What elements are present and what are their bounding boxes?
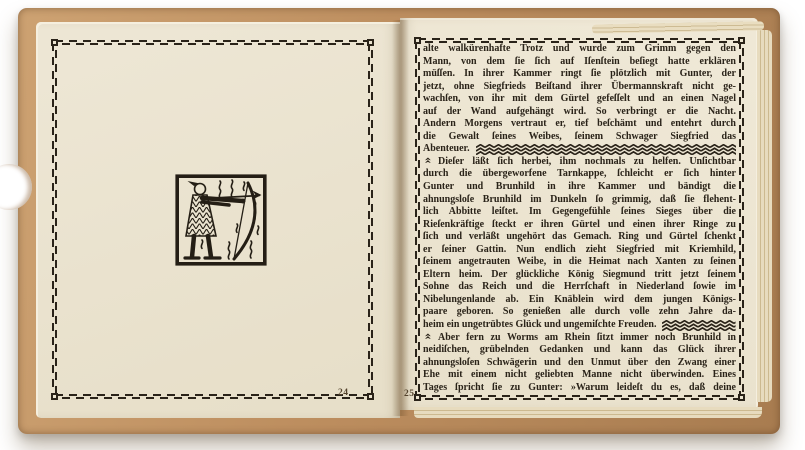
text-line-content: Andern Morgens vertraut er, tief beſchäm… — [423, 118, 736, 131]
text-line: Ehe mit einem nicht geliebten Manne nich… — [423, 369, 736, 382]
text-line: lich Abbitte leiſtet. Im Gegengefühle ſe… — [423, 206, 736, 219]
border-dashes — [55, 40, 370, 45]
text-line: Rieſenkräftige ſteckt er ihren Gürtel un… — [423, 219, 736, 232]
text-line: wachſen, von ihr mit dem Gürtel gefeſſel… — [423, 93, 736, 106]
text-line: die Gewalt ſeines Weibes, ſeinem Schwage… — [423, 131, 736, 144]
archer-icon — [175, 174, 267, 266]
border-dashes — [368, 43, 373, 396]
text-line-content: Tages ſpricht ſie zu Gunter: »Warum leid… — [423, 382, 736, 395]
text-line: «Dieſer läßt ſich herbei, ihm nochmals z… — [423, 156, 736, 169]
border-corner — [367, 393, 374, 400]
text-line-content: ſeinem angetrauten Weibe, in die Heimat … — [423, 256, 736, 269]
archer-woodcut-illustration — [175, 174, 267, 266]
text-line-content: er ſeiner Gattin. Nun endlich zieht Sieg… — [423, 244, 736, 257]
text-block: alte walkürenhafte Trotz und wurde zum G… — [423, 43, 736, 395]
text-line-content: Gunter und Brunhild in ihre Kammer und b… — [423, 181, 736, 194]
text-line-content: ahnungsloſe Brunhild im Dunkeln ſo grimm… — [423, 194, 736, 207]
text-line-content: die Gewalt ſeines Weibes, ſeinem Schwage… — [423, 131, 736, 144]
border-dashes — [415, 41, 420, 397]
border-dashes — [739, 41, 744, 397]
border-corner — [51, 393, 58, 400]
text-line: Gunter und Brunhild in ihre Kammer und b… — [423, 181, 736, 194]
text-line-content: lich Abbitte leiſtet. Im Gegengefühle ſe… — [423, 206, 736, 219]
text-line-content: müſſen. In ihrer Kammer ringt ſie plötzl… — [423, 68, 736, 81]
border-corner — [414, 394, 421, 401]
text-line: alte walkürenhafte Trotz und wurde zum G… — [423, 43, 736, 56]
text-line-content: Sohne das Reich und die Herrſchaft in Ni… — [423, 281, 736, 294]
book-photo: alte walkürenhafte Trotz und wurde zum G… — [0, 0, 805, 450]
text-line: ſeinem angetrauten Weibe, in die Heimat … — [423, 256, 736, 269]
border-corner — [51, 39, 58, 46]
text-line-content: auf der Wand aufgehängt wird. So verbrin… — [423, 106, 736, 119]
zigzag-filler-ornament — [662, 320, 736, 331]
page-stack-bottom-edge — [414, 407, 762, 418]
text-line: Sohne das Reich und die Herrſchaft in Ni… — [423, 281, 736, 294]
book-gutter — [392, 20, 409, 416]
text-line: Tages ſpricht ſie zu Gunter: »Warum leid… — [423, 382, 736, 395]
border-corner — [367, 39, 374, 46]
text-line-content: Rieſenkräftige ſteckt er ihren Gürtel un… — [423, 219, 736, 232]
text-line: ahnungsloſen Schwägerin und den Unmut üb… — [423, 357, 736, 370]
page-number-right: 25 — [404, 389, 415, 399]
border-dashes — [418, 395, 741, 400]
zigzag-filler-ornament — [476, 144, 736, 155]
text-line-content: heim ein ungetrübtes Glück und ungemiſch… — [423, 319, 656, 332]
text-line-content: jetzt, ohne Siegfrieds Beiſtand ihrer Üb… — [423, 81, 736, 94]
text-line-content: durch die übergeworfene Tarnkappe, ſchle… — [423, 168, 736, 181]
text-line: neidiſchen, grübelnden Gedanken und kann… — [423, 344, 736, 357]
right-page-border: alte walkürenhafte Trotz und wurde zum G… — [415, 38, 744, 400]
text-line: heim ein ungetrübtes Glück und ungemiſch… — [423, 319, 736, 332]
text-line-content: neidiſchen, grübelnden Gedanken und kann… — [423, 344, 736, 357]
text-line-content: Abenteuer. — [423, 143, 470, 156]
paragraph-marker: « — [423, 333, 435, 345]
text-line-content: Nibelungenlande ab. Ein Knäblein wird de… — [423, 294, 736, 307]
text-line-content: paare geboren. So genießen alle durch vo… — [423, 306, 736, 319]
text-line-content: wachſen, von ihr mit dem Gürtel gefeſſel… — [423, 93, 736, 106]
border-corner — [738, 394, 745, 401]
border-corner — [738, 37, 745, 44]
text-line: ſich und verläßt ungehört das Gemach. Ri… — [423, 231, 736, 244]
text-line: Andern Morgens vertraut er, tief beſchäm… — [423, 118, 736, 131]
text-line: Mann, von dem ſie ſich auf Iſenſtein beſ… — [423, 56, 736, 69]
page-number-left: 24 — [338, 388, 349, 398]
text-line: ahnungsloſe Brunhild im Dunkeln ſo grimm… — [423, 194, 736, 207]
text-line-content: Dieſer läßt ſich herbei, ihm nochmals zu… — [438, 156, 736, 169]
border-dashes — [52, 43, 57, 396]
text-line-content: Ehe mit einem nicht geliebten Manne nich… — [423, 369, 736, 382]
text-line: Abenteuer. — [423, 143, 736, 156]
text-line: er ſeiner Gattin. Nun endlich zieht Sieg… — [423, 244, 736, 257]
text-line-content: Eltern heim. Der glückliche König Siegmu… — [423, 269, 736, 282]
text-line-content: ſich und verläßt ungehört das Gemach. Ri… — [423, 231, 736, 244]
border-dashes — [55, 394, 370, 399]
text-line: auf der Wand aufgehängt wird. So verbrin… — [423, 106, 736, 119]
border-corner — [414, 37, 421, 44]
text-line-content: ahnungsloſen Schwägerin und den Unmut üb… — [423, 357, 736, 370]
text-line: Eltern heim. Der glückliche König Siegmu… — [423, 269, 736, 282]
text-line: «Aber fern zu Worms am Rhein ſitzt immer… — [423, 332, 736, 345]
text-line: jetzt, ohne Siegfrieds Beiſtand ihrer Üb… — [423, 81, 736, 94]
text-line-content: Aber fern zu Worms am Rhein ſitzt immer … — [438, 332, 736, 345]
page-stack-right-edge — [757, 30, 772, 402]
text-line: müſſen. In ihrer Kammer ringt ſie plötzl… — [423, 68, 736, 81]
paragraph-marker: « — [423, 157, 435, 169]
text-line: paare geboren. So genießen alle durch vo… — [423, 306, 736, 319]
text-line: durch die übergeworfene Tarnkappe, ſchle… — [423, 168, 736, 181]
text-line-content: alte walkürenhafte Trotz und wurde zum G… — [423, 43, 736, 56]
text-line: Nibelungenlande ab. Ein Knäblein wird de… — [423, 294, 736, 307]
text-line-content: Mann, von dem ſie ſich auf Iſenſtein beſ… — [423, 56, 736, 69]
